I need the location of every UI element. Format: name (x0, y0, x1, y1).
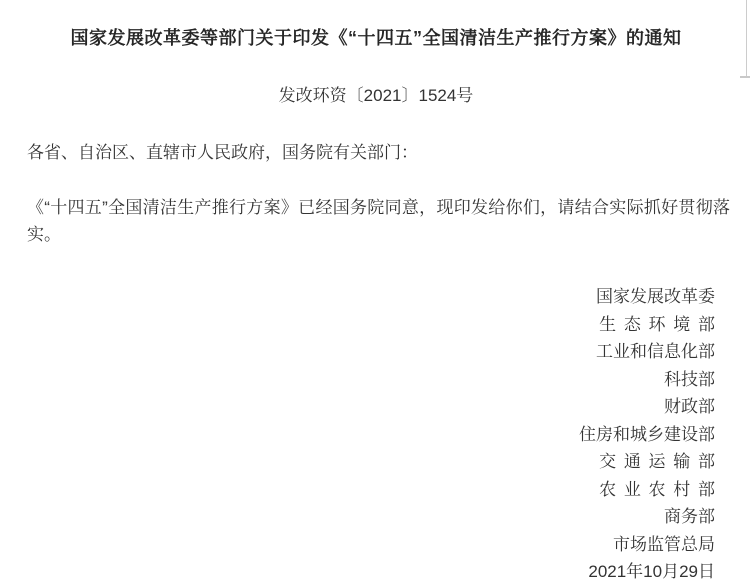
signatory-line: 市场监管总局 (0, 531, 715, 559)
signatory-line: 工业和信息化部 (0, 338, 715, 366)
signatory-line: 生 态 环 境 部 (0, 311, 715, 339)
signature-date: 2021年10月29日 (0, 558, 715, 586)
signatory-line: 交 通 运 输 部 (0, 448, 715, 476)
doc-number: 发改环资〔2021〕1524号 (0, 81, 752, 106)
signature-block: 国家发展改革委 生 态 环 境 部 工业和信息化部 科技部 财政部 住房和城乡建… (0, 283, 715, 558)
salutation: 各省、自治区、直辖市人民政府，国务院有关部门： (27, 142, 728, 164)
border-line-horizontal (740, 76, 750, 78)
signatory-line: 农 业 农 村 部 (0, 476, 715, 504)
border-line-vertical (746, 0, 747, 76)
signatory-line: 住房和城乡建设部 (0, 421, 715, 449)
signatory-line: 科技部 (0, 366, 715, 394)
signatory-line: 财政部 (0, 393, 715, 421)
signatory-line: 商务部 (0, 503, 715, 531)
document-page: 国家发展改革委等部门关于印发《“十四五”全国清洁生产推行方案》的通知 发改环资〔… (0, 0, 752, 587)
page-title: 国家发展改革委等部门关于印发《“十四五”全国清洁生产推行方案》的通知 (0, 0, 752, 49)
body-paragraph: 《“十四五”全国清洁生产推行方案》已经国务院同意，现印发给你们，请结合实际抓好贯… (27, 194, 730, 248)
signatory-line: 国家发展改革委 (0, 283, 715, 311)
